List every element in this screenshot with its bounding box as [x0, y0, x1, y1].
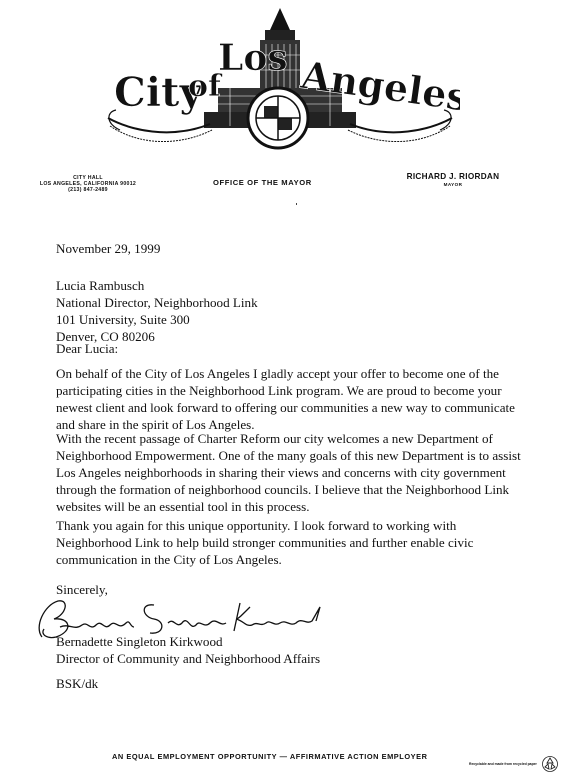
signer-title: Director of Community and Neighborhood A… — [56, 650, 320, 667]
paragraph-line: Neighborhood Empowerment. One of the man… — [56, 447, 521, 464]
paragraph-line: Los Angeles neighborhoods in sharing the… — [56, 464, 521, 481]
reference-initials: BSK/dk — [56, 675, 98, 692]
letterhead: City of Los Angeles CITY HALL LOS ANGELE… — [0, 0, 578, 200]
paragraph-1: On behalf of the City of Los Angeles I g… — [56, 365, 515, 433]
mayor-name: RICHARD J. RIORDAN — [395, 172, 511, 181]
address-line: (213) 847-2489 — [28, 187, 148, 193]
recipient-address: Lucia Rambusch National Director, Neighb… — [56, 277, 258, 345]
city-of-los-angeles-logo-icon: City of Los Angeles — [100, 0, 460, 160]
paragraph-line: through the formation of neighborhood co… — [56, 481, 521, 498]
recipient-line: 101 University, Suite 300 — [56, 311, 258, 328]
equal-opportunity-footer: AN EQUAL EMPLOYMENT OPPORTUNITY — AFFIRM… — [112, 752, 428, 761]
scan-speck — [296, 203, 297, 205]
mayor-title: MAYOR — [395, 182, 511, 187]
city-hall-address: CITY HALL LOS ANGELES, CALIFORNIA 90012 … — [28, 175, 148, 193]
paragraph-line: Thank you again for this unique opportun… — [56, 517, 473, 534]
paragraph-3: Thank you again for this unique opportun… — [56, 517, 473, 568]
paragraph-line: newest client and look forward to offeri… — [56, 399, 515, 416]
salutation: Dear Lucia: — [56, 340, 118, 357]
paragraph-line: participating cities in the Neighborhood… — [56, 382, 515, 399]
recycled-paper-note: Recyclable and made from recycled paper — [469, 762, 537, 766]
paragraph-line: communication in the City of Los Angeles… — [56, 551, 473, 568]
paragraph-line: Neighborhood Link to help build stronger… — [56, 534, 473, 551]
paragraph-line: On behalf of the City of Los Angeles I g… — [56, 365, 515, 382]
signer-name: Bernadette Singleton Kirkwood — [56, 633, 320, 650]
mayor-block: RICHARD J. RIORDAN MAYOR — [395, 172, 511, 187]
paragraph-line: With the recent passage of Charter Refor… — [56, 430, 521, 447]
paragraph-2: With the recent passage of Charter Refor… — [56, 430, 521, 515]
paragraph-line: websites will be an essential tool in th… — [56, 498, 521, 515]
closing: Sincerely, — [56, 581, 108, 598]
office-title: OFFICE OF THE MAYOR — [213, 178, 312, 187]
recycle-icon — [541, 755, 559, 773]
letter-date: November 29, 1999 — [56, 240, 160, 257]
svg-text:Los: Los — [218, 37, 288, 79]
recipient-line: Lucia Rambusch — [56, 277, 258, 294]
signer-block: Bernadette Singleton Kirkwood Director o… — [56, 633, 320, 667]
recipient-line: National Director, Neighborhood Link — [56, 294, 258, 311]
